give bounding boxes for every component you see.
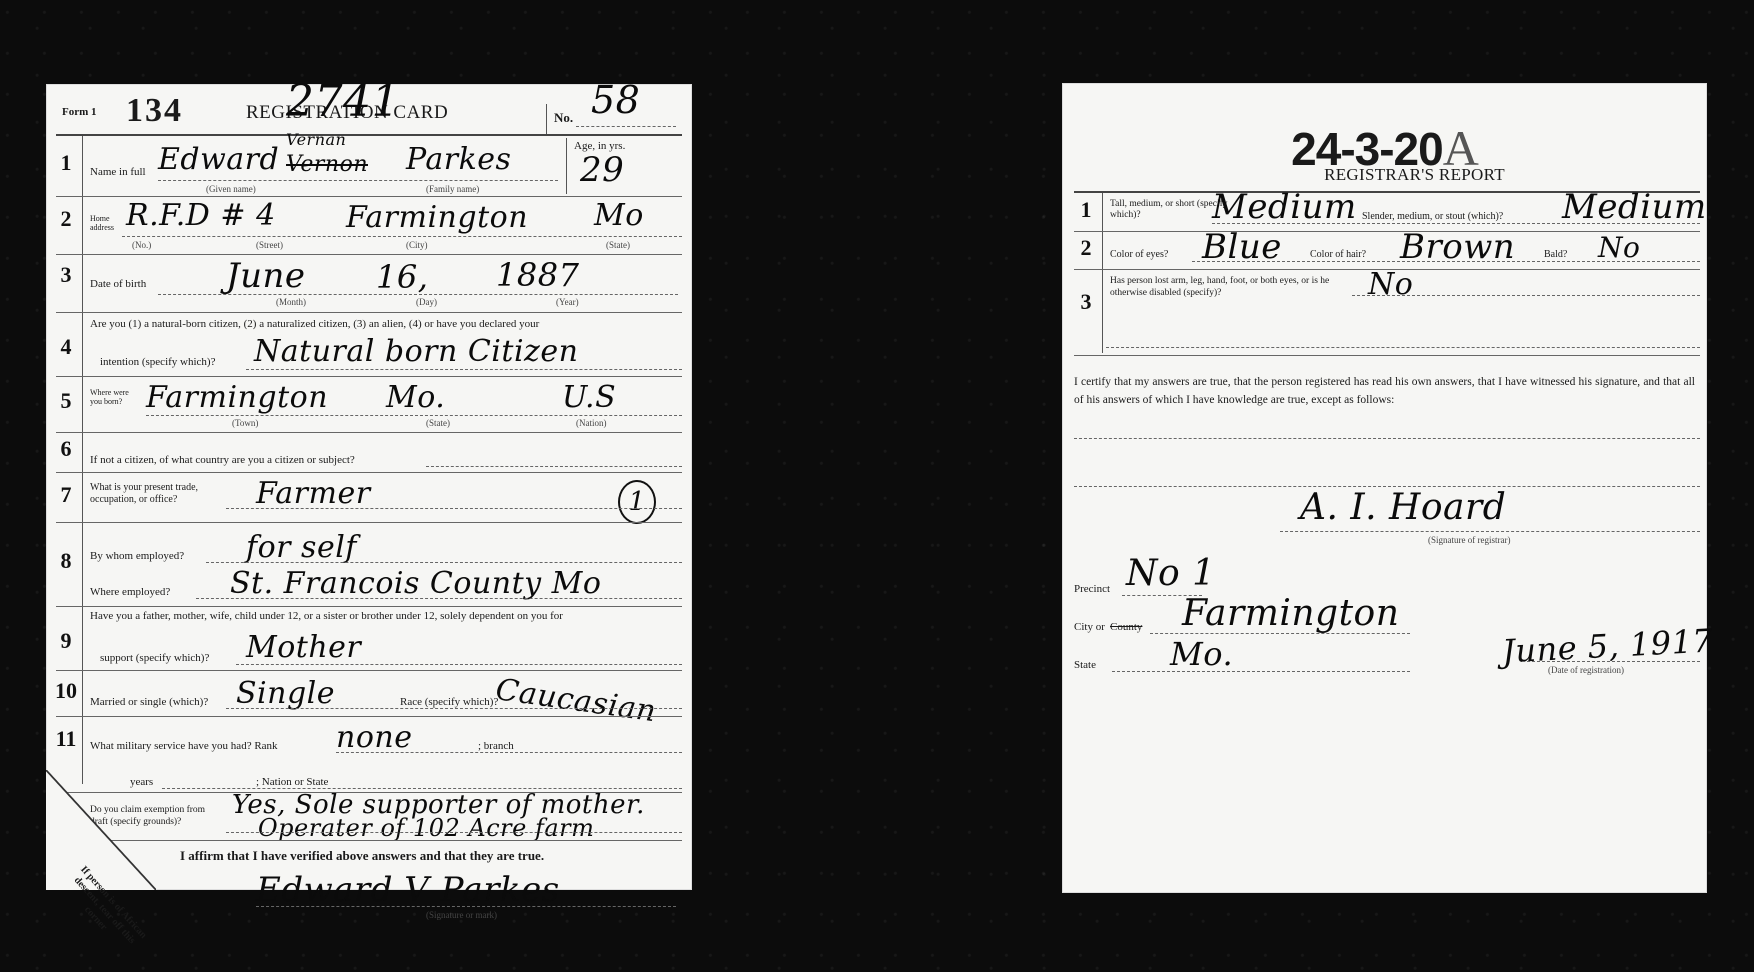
- middle-name-struck: Vernon: [286, 152, 368, 177]
- name-label: Name in full: [90, 166, 146, 178]
- divider: [56, 312, 682, 313]
- day-hint: (Day): [416, 297, 437, 307]
- dotted-line: [1106, 347, 1700, 348]
- state-label: State: [1074, 659, 1096, 671]
- row-number: 1: [1074, 197, 1098, 223]
- divider: [56, 670, 682, 671]
- town-hint: (Town): [232, 418, 258, 428]
- dotted-line: [226, 832, 682, 833]
- dotted-line: [158, 180, 558, 181]
- dotted-line: [1192, 261, 1700, 262]
- circled-mark: 1: [618, 480, 656, 524]
- dotted-line: [426, 466, 682, 467]
- state-hint: (State): [426, 418, 450, 428]
- birth-day: 16,: [376, 258, 428, 296]
- no-hint: (No.): [132, 240, 151, 250]
- row-number: 2: [1074, 235, 1098, 261]
- middle-name: Vernan: [286, 130, 346, 149]
- family-name: Parkes: [406, 142, 511, 177]
- street-value: R.F.D # 4: [126, 198, 276, 233]
- where-employed-label: Where employed?: [90, 586, 170, 598]
- hair-label: Color of hair?: [1310, 249, 1366, 261]
- divider: [56, 134, 682, 136]
- city-hint: (City): [406, 240, 428, 250]
- divider: [56, 472, 682, 473]
- dependents-label: support (specify which)?: [100, 652, 209, 664]
- race-value: Caucasian: [494, 672, 659, 729]
- birth-nation: U.S: [562, 380, 616, 415]
- row-number: 4: [54, 334, 78, 360]
- dotted-line: [1280, 531, 1700, 532]
- row-number: 3: [54, 262, 78, 288]
- home-address-label: Home address: [90, 214, 120, 232]
- birth-year: 1887: [496, 256, 579, 294]
- divider: [56, 716, 682, 717]
- certification-text: I certify that my answers are true, that…: [1074, 373, 1695, 409]
- dotted-line: [206, 562, 682, 563]
- divider: [546, 104, 547, 136]
- row-number: 7: [54, 482, 78, 508]
- row-number: 5: [54, 388, 78, 414]
- dotted-line: [236, 664, 682, 665]
- state-value: Mo: [594, 198, 644, 233]
- registration-date: June 5, 1917: [1501, 621, 1714, 670]
- occupation-value: Farmer: [256, 476, 371, 511]
- nation-state-label: ; Nation or State: [256, 776, 328, 788]
- tear-off-corner: [46, 770, 156, 890]
- city-value: Farmington: [1182, 593, 1399, 634]
- dotted-line: [122, 236, 682, 237]
- military-label: What military service have you had? Rank: [90, 740, 278, 752]
- registrar-signature: A. I. Hoard: [1300, 487, 1506, 528]
- given-name: Edward: [158, 142, 279, 177]
- occupation-label: What is your present trade, occupation, …: [90, 482, 230, 506]
- divider: [56, 254, 682, 255]
- divider: [82, 136, 83, 784]
- serial-number: 134: [126, 92, 183, 130]
- divider: [566, 138, 567, 194]
- month-hint: (Month): [276, 297, 306, 307]
- precinct-value: No 1: [1126, 553, 1216, 594]
- given-name-hint: (Given name): [206, 184, 256, 194]
- birth-town: Farmington: [146, 380, 328, 415]
- date-hint: (Date of registration): [1548, 665, 1624, 675]
- age-value: 29: [580, 150, 624, 190]
- build-label: Slender, medium, or stout (which)?: [1362, 211, 1503, 223]
- registrant-signature: Edward V Parkes: [256, 870, 560, 910]
- registrar-signature-hint: (Signature of registrar): [1428, 535, 1510, 545]
- dotted-line: [162, 788, 682, 789]
- height-value: Medium: [1212, 187, 1357, 227]
- divider: [56, 522, 682, 523]
- state-value: Mo.: [1170, 635, 1233, 673]
- report-title: REGISTRAR'S REPORT: [1062, 165, 1707, 185]
- divider: [56, 606, 682, 607]
- registration-number: 58: [591, 78, 640, 122]
- registration-card: Form 1 134 REGISTRATION CARD 2741 No. 58…: [46, 84, 692, 890]
- citizenship-label: intention (specify which)?: [100, 356, 215, 368]
- exemption-value-line2: Operater of 102 Acre farm: [258, 814, 594, 842]
- citizenship-question: Are you (1) a natural-born citizen, (2) …: [90, 318, 539, 330]
- foreign-citizenship-label: If not a citizen, of what country are yo…: [90, 454, 355, 466]
- build-value: Medium: [1562, 187, 1707, 227]
- dotted-line: [1352, 295, 1700, 296]
- dotted-line: [246, 369, 682, 370]
- dotted-line: [1074, 438, 1700, 439]
- row-number: 11: [50, 726, 82, 752]
- row-number: 9: [54, 628, 78, 654]
- county-label-struck: County: [1110, 621, 1142, 633]
- state-hint: (State): [606, 240, 630, 250]
- dependents-question: Have you a father, mother, wife, child u…: [90, 610, 563, 622]
- dotted-line: [336, 752, 682, 753]
- row-number: 8: [54, 548, 78, 574]
- dotted-line: [1212, 223, 1700, 224]
- dotted-line: [256, 906, 676, 907]
- divider: [56, 196, 682, 197]
- race-label: Race (specify which)?: [400, 696, 498, 708]
- divider: [56, 376, 682, 377]
- dotted-line: [196, 598, 682, 599]
- signature-hint: (Signature or mark): [426, 910, 497, 920]
- dotted-line: [158, 294, 678, 295]
- no-label: No.: [554, 110, 573, 126]
- row-number: 10: [50, 678, 82, 704]
- birth-state: Mo.: [386, 380, 445, 415]
- city-value: Farmington: [346, 200, 528, 235]
- bald-label: Bald?: [1544, 249, 1567, 261]
- row-number: 3: [1074, 289, 1098, 315]
- dependents-value: Mother: [246, 630, 361, 665]
- where-employed-value: St. Francois County Mo: [230, 566, 601, 601]
- row-number: 1: [54, 150, 78, 176]
- bald-value: No: [1598, 231, 1640, 264]
- eyes-label: Color of eyes?: [1110, 249, 1168, 261]
- divider: [56, 432, 682, 433]
- registrar-report-card: 24-3-20A REGISTRAR'S REPORT 1 Tall, medi…: [1062, 83, 1707, 893]
- divider: [1074, 355, 1700, 356]
- employer-label: By whom employed?: [90, 550, 184, 562]
- street-hint: (Street): [256, 240, 283, 250]
- employer-value: for self: [246, 530, 357, 565]
- form-label: Form 1: [62, 106, 97, 118]
- dotted-line: [1150, 633, 1410, 634]
- dotted-line: [1112, 671, 1410, 672]
- row-number: 2: [54, 206, 78, 232]
- precinct-label: Precinct: [1074, 583, 1110, 595]
- dotted-line: [146, 415, 682, 416]
- family-name-hint: (Family name): [426, 184, 479, 194]
- dob-label: Date of birth: [90, 278, 146, 290]
- year-hint: (Year): [556, 297, 579, 307]
- divider: [1102, 193, 1103, 353]
- dotted-line: [226, 508, 682, 509]
- marital-value: Single: [236, 676, 335, 711]
- city-label: City or: [1074, 621, 1105, 633]
- affirmation-text: I affirm that I have verified above answ…: [180, 848, 544, 864]
- dotted-line: [226, 708, 682, 709]
- branch-label: ; branch: [478, 740, 514, 752]
- birthplace-label: Where were you born?: [90, 388, 140, 406]
- nation-hint: (Nation): [576, 418, 607, 428]
- birth-month: June: [226, 256, 306, 296]
- dotted-line: [576, 126, 676, 127]
- marital-label: Married or single (which)?: [90, 696, 208, 708]
- disability-value: No: [1368, 267, 1413, 302]
- citizenship-value: Natural born Citizen: [254, 334, 578, 369]
- handwritten-serial: 2741: [286, 76, 400, 127]
- dotted-line: [1522, 661, 1700, 662]
- military-rank-value: none: [336, 720, 412, 755]
- row-number: 6: [54, 436, 78, 462]
- disability-label: Has person lost arm, leg, hand, foot, or…: [1110, 275, 1350, 299]
